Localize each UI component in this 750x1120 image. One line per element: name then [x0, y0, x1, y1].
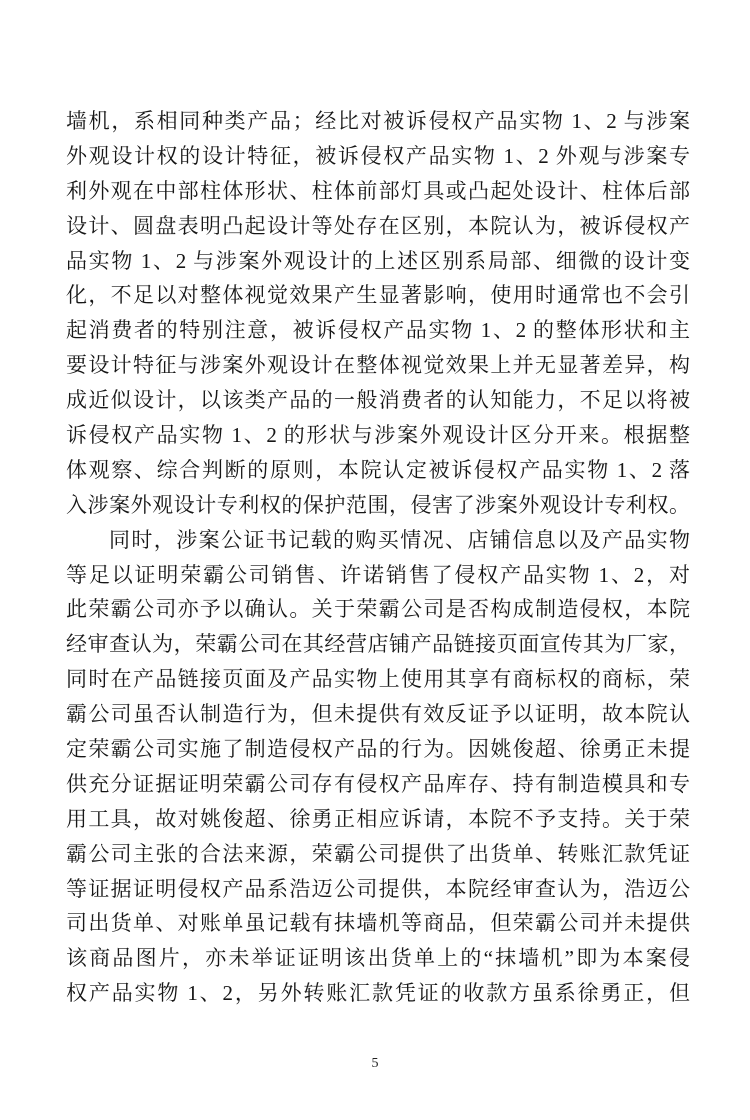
text-line: 经审查认为，荣霸公司在其经营店铺产品链接页面宣传其为厂家，: [66, 627, 690, 662]
text-line: 等足以证明荣霸公司销售、许诺销售了侵权产品实物 1、2，对: [66, 558, 690, 593]
text-line: 化，不足以对整体视觉效果产生显著影响，使用时通常也不会引: [66, 278, 690, 313]
text-line: 权产品实物 1、2，另外转账汇款凭证的收款方虽系徐勇正，但: [66, 976, 690, 1011]
text-line: 诉侵权产品实物 1、2 的形状与涉案外观设计区分开来。根据整: [66, 418, 690, 453]
text-line: 利外观在中部柱体形状、柱体前部灯具或凸起处设计、柱体后部: [66, 174, 690, 209]
document-page: 墙机，系相同种类产品；经比对被诉侵权产品实物 1、2 与涉案 外观设计权的设计特…: [0, 0, 750, 1120]
text-line: 司出货单、对账单虽记载有抹墙机等商品，但荣霸公司并未提供: [66, 906, 690, 941]
body-text: 墙机，系相同种类产品；经比对被诉侵权产品实物 1、2 与涉案 外观设计权的设计特…: [66, 104, 690, 1011]
text-line: 成近似设计，以该类产品的一般消费者的认知能力，不足以将被: [66, 383, 690, 418]
text-line: 体观察、综合判断的原则，本院认定被诉侵权产品实物 1、2 落: [66, 453, 690, 488]
text-line: 等证据证明侵权产品系浩迈公司提供，本院经审查认为，浩迈公: [66, 872, 690, 907]
text-line: 霸公司虽否认制造行为，但未提供有效反证予以证明，故本院认: [66, 697, 690, 732]
text-line: 品实物 1、2 与涉案外观设计的上述区别系局部、细微的设计变: [66, 244, 690, 279]
text-line: 该商品图片，亦未举证证明该出货单上的“抹墙机”即为本案侵: [66, 941, 690, 976]
text-line: 同时，涉案公证书记载的购买情况、店铺信息以及产品实物: [66, 523, 690, 558]
text-line: 此荣霸公司亦予以确认。关于荣霸公司是否构成制造侵权，本院: [66, 592, 690, 627]
text-line: 外观设计权的设计特征，被诉侵权产品实物 1、2 外观与涉案专: [66, 139, 690, 174]
page-number: 5: [0, 1056, 750, 1072]
text-line: 霸公司主张的合法来源，荣霸公司提供了出货单、转账汇款凭证: [66, 837, 690, 872]
text-line: 供充分证据证明荣霸公司存有侵权产品库存、持有制造模具和专: [66, 767, 690, 802]
text-line: 要设计特征与涉案外观设计在整体视觉效果上并无显著差异，构: [66, 348, 690, 383]
text-line: 设计、圆盘表明凸起设计等处存在区别，本院认为，被诉侵权产: [66, 209, 690, 244]
text-line: 用工具，故对姚俊超、徐勇正相应诉请，本院不予支持。关于荣: [66, 802, 690, 837]
text-line: 起消费者的特别注意，被诉侵权产品实物 1、2 的整体形状和主: [66, 313, 690, 348]
text-line: 入涉案外观设计专利权的保护范围，侵害了涉案外观设计专利权。: [66, 488, 690, 523]
text-line: 同时在产品链接页面及产品实物上使用其享有商标权的商标，荣: [66, 662, 690, 697]
text-line: 定荣霸公司实施了制造侵权产品的行为。因姚俊超、徐勇正未提: [66, 732, 690, 767]
text-line: 墙机，系相同种类产品；经比对被诉侵权产品实物 1、2 与涉案: [66, 104, 690, 139]
